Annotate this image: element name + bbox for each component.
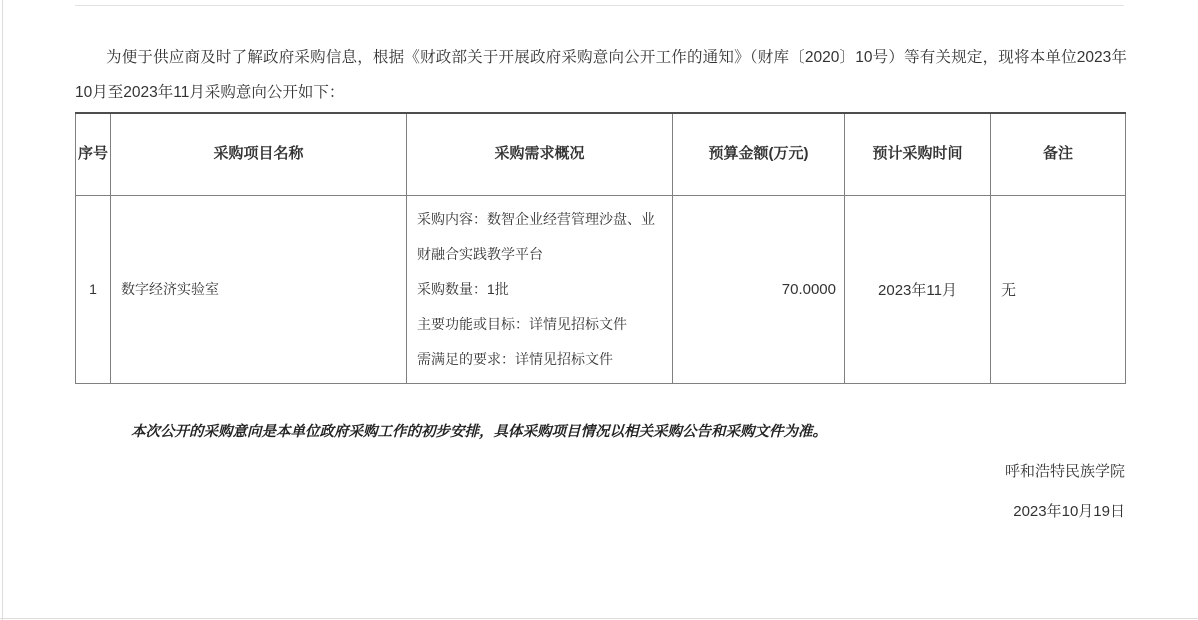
cell-expected-time: 2023年11月 xyxy=(845,195,991,383)
requirement-needs: 需满足的要求：详情见招标文件 xyxy=(417,342,662,377)
table-body: 1 数字经济实验室 采购内容：数智企业经营管理沙盘、业财融合实践教学平台 采购数… xyxy=(76,195,1126,383)
cell-serial-number: 1 xyxy=(76,195,111,383)
table-row: 1 数字经济实验室 采购内容：数智企业经营管理沙盘、业财融合实践教学平台 采购数… xyxy=(76,195,1126,383)
header-project-name: 采购项目名称 xyxy=(111,113,407,195)
requirement-quantity: 采购数量：1批 xyxy=(417,272,662,307)
requirement-content: 采购内容：数智企业经营管理沙盘、业财融合实践教学平台 xyxy=(417,202,662,272)
table-header: 序号 采购项目名称 采购需求概况 预算金额(万元) 预计采购时间 备注 xyxy=(76,113,1126,195)
procurement-notice-page: { "page": { "intro": "为便于供应商及时了解政府采购信息，根… xyxy=(0,0,1198,620)
cell-project-name: 数字经济实验室 xyxy=(111,195,407,383)
header-serial-number: 序号 xyxy=(76,113,111,195)
intro-paragraph: 为便于供应商及时了解政府采购信息，根据《财政部关于开展政府采购意向公开工作的通知… xyxy=(75,40,1127,110)
header-remarks: 备注 xyxy=(991,113,1126,195)
header-expected-time: 预计采购时间 xyxy=(845,113,991,195)
top-divider xyxy=(75,5,1124,6)
header-budget-amount: 预算金额(万元) xyxy=(673,113,845,195)
cell-budget-amount: 70.0000 xyxy=(673,195,845,383)
cell-requirements: 采购内容：数智企业经营管理沙盘、业财融合实践教学平台 采购数量：1批 主要功能或… xyxy=(407,195,673,383)
signature-block: 呼和浩特民族学院 2023年10月19日 xyxy=(75,452,1125,532)
procurement-intent-table: 序号 采购项目名称 采购需求概况 预算金额(万元) 预计采购时间 备注 1 数字… xyxy=(75,112,1126,384)
cell-remarks: 无 xyxy=(991,195,1126,383)
requirement-function: 主要功能或目标：详情见招标文件 xyxy=(417,307,662,342)
page-left-border xyxy=(2,0,3,620)
signer-name: 呼和浩特民族学院 xyxy=(75,452,1125,492)
page-bottom-border xyxy=(0,618,1198,619)
header-requirements-overview: 采购需求概况 xyxy=(407,113,673,195)
disclaimer-note: 本次公开的采购意向是本单位政府采购工作的初步安排，具体采购项目情况以相关采购公告… xyxy=(75,420,1127,444)
header-row: 序号 采购项目名称 采购需求概况 预算金额(万元) 预计采购时间 备注 xyxy=(76,113,1126,195)
signature-date: 2023年10月19日 xyxy=(75,492,1125,532)
